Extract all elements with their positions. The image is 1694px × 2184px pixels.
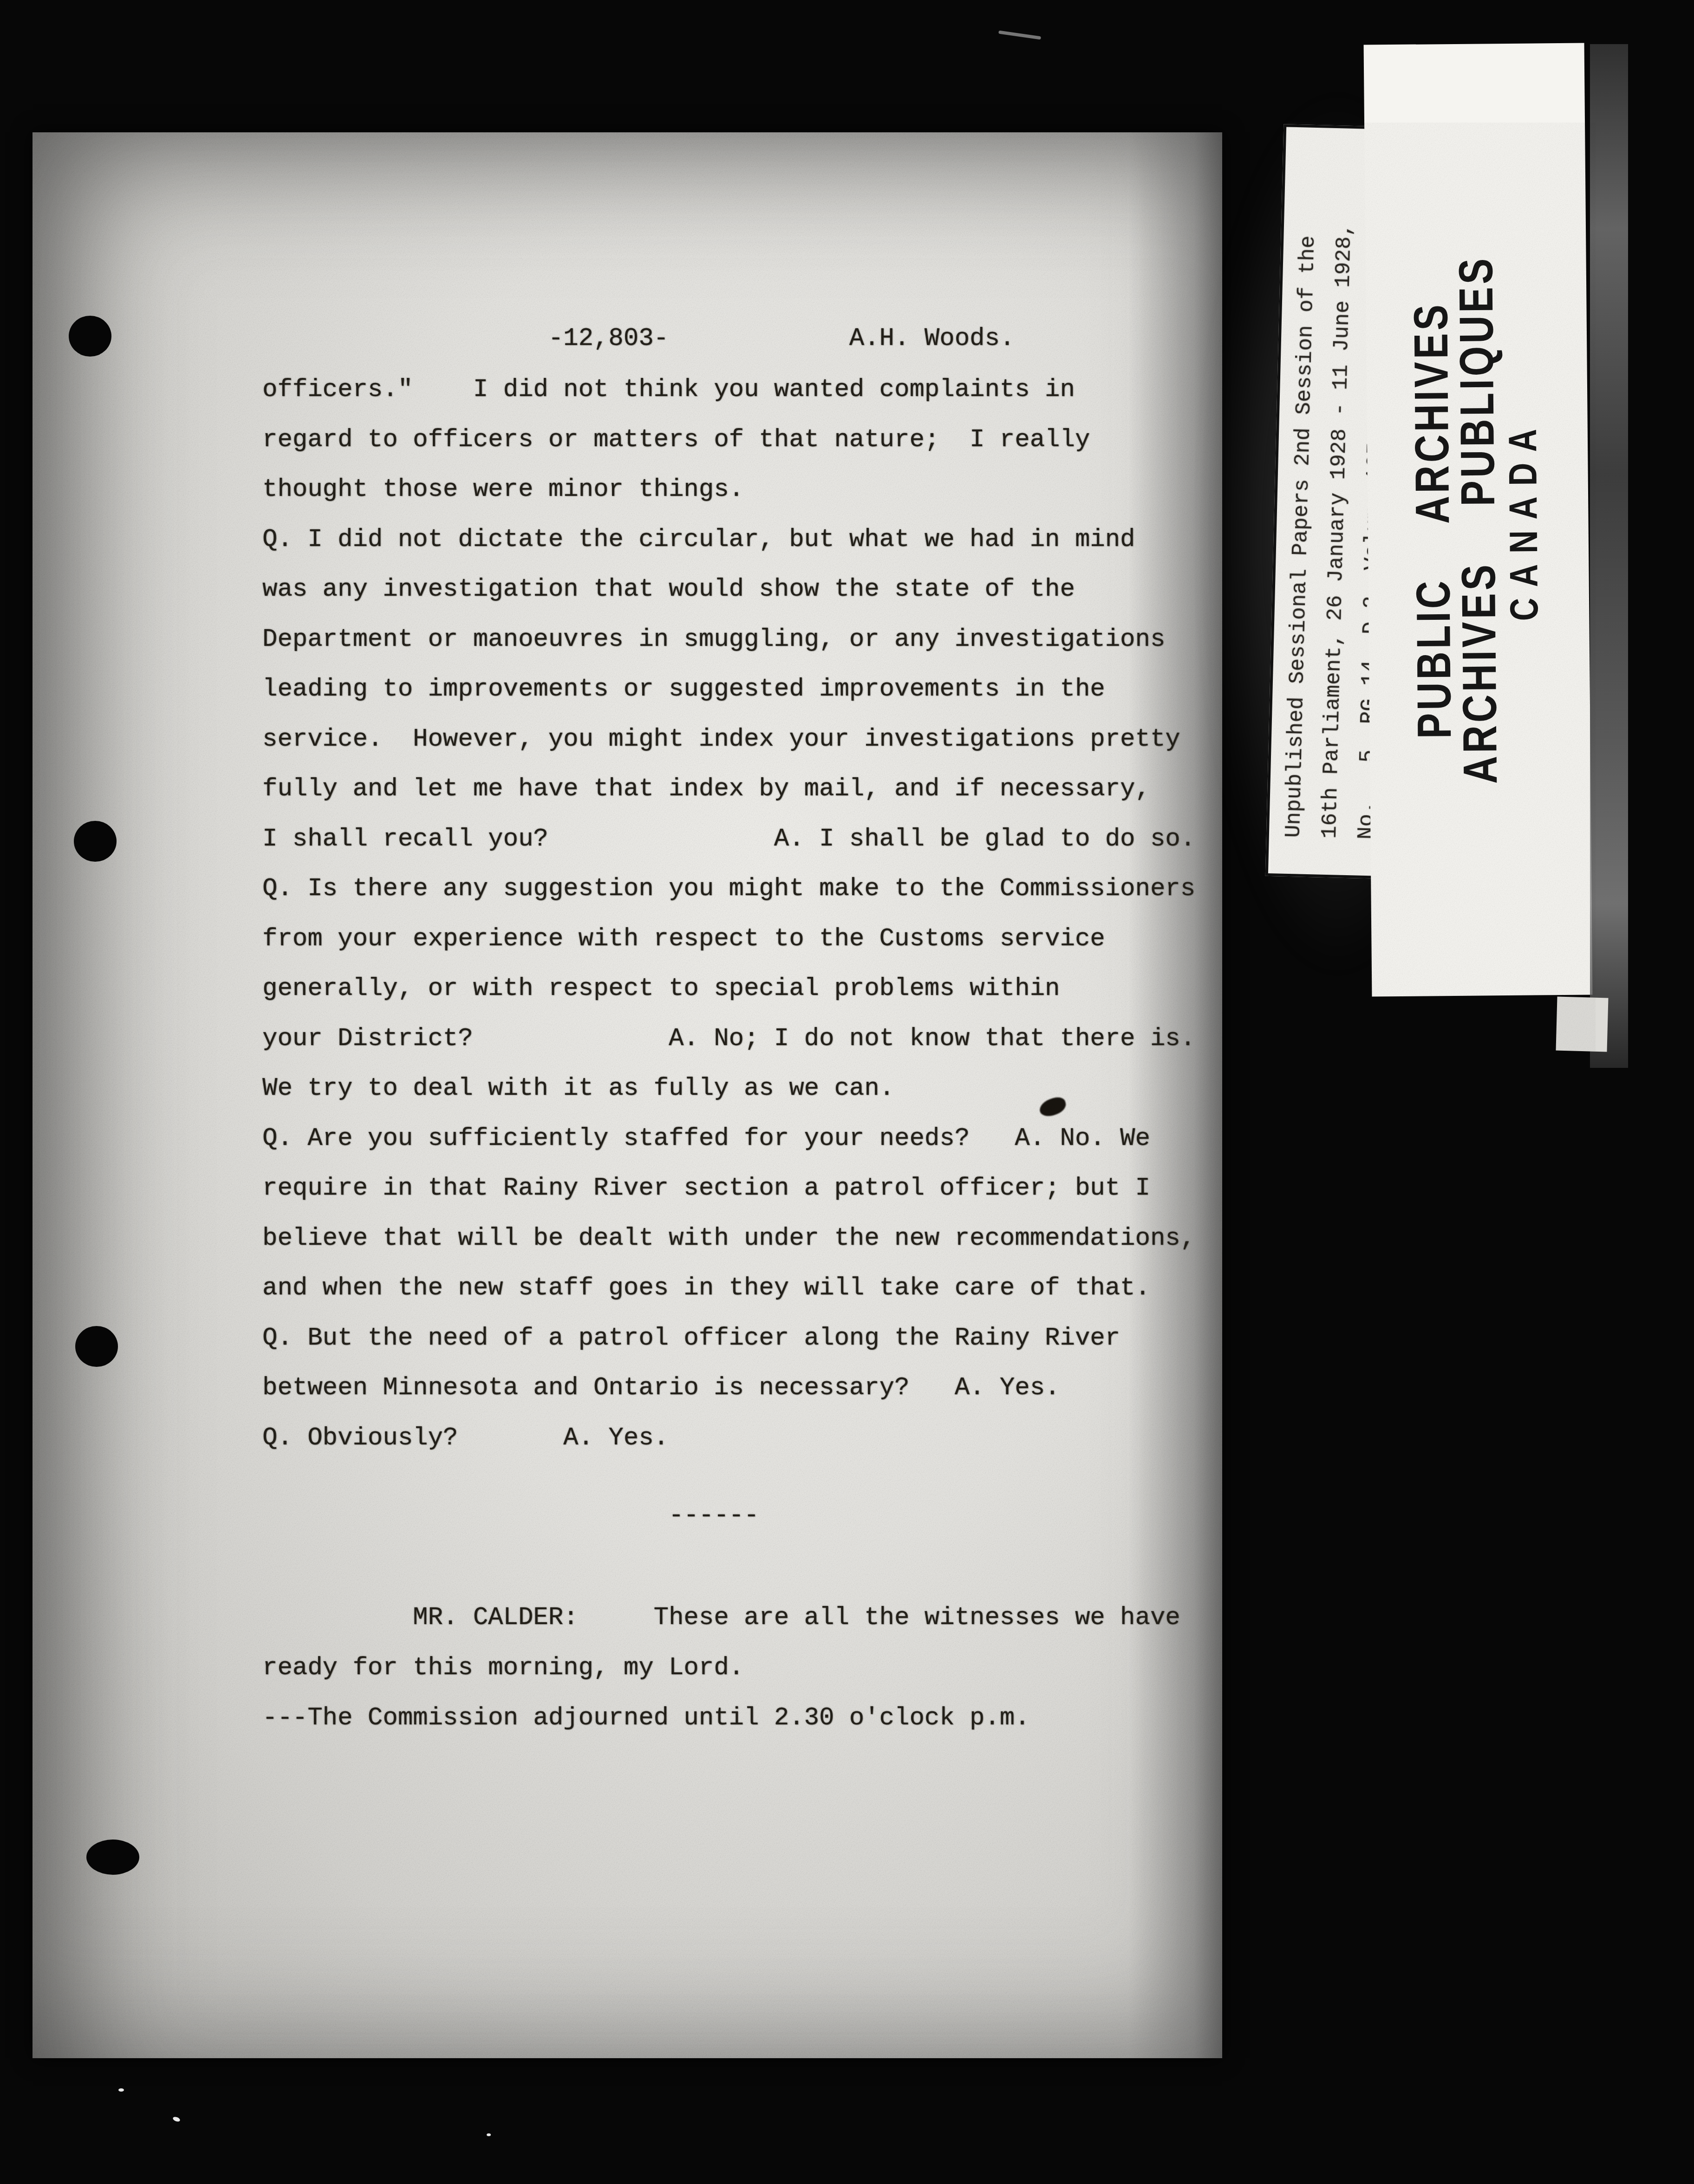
typed-line: Q. Is there any suggestion you might mak… (262, 875, 1195, 903)
typed-line: officers." I did not think you wanted co… (262, 376, 1075, 404)
typed-line: regard to officers or matters of that na… (262, 426, 1090, 454)
stamp-line-canada: CANADA (1497, 418, 1550, 621)
film-scratch (998, 31, 1041, 40)
typed-line: Q. Obviously? A. Yes. (262, 1424, 669, 1452)
punch-hole (74, 821, 117, 862)
typed-line: Q. But the need of a patrol officer alon… (262, 1325, 1120, 1352)
typed-line: ---The Commission adjourned until 2.30 o… (262, 1704, 1030, 1732)
typed-line: We try to deal with it as fully as we ca… (262, 1075, 894, 1103)
typed-line: believe that will be dealt with under th… (262, 1225, 1195, 1253)
section-separator: ------ (262, 1502, 759, 1530)
typed-line: between Minnesota and Ontario is necessa… (262, 1374, 1060, 1402)
typed-line: generally, or with respect to special pr… (262, 975, 1060, 1003)
typed-line: and when the new staff goes in they will… (262, 1274, 1150, 1302)
typed-line: MR. CALDER: These are all the witnesses … (262, 1604, 1180, 1632)
stamp-line-french: ARCHIVES PUBLIQUES (1450, 255, 1506, 784)
typed-line: leading to improvements or suggested imp… (262, 676, 1105, 703)
dust-speck (118, 2088, 124, 2092)
punch-hole (75, 1326, 118, 1367)
typed-line: was any investigation that would show th… (262, 576, 1075, 604)
microfilm-frame: -12,803- A.H. Woods. officers." I did no… (0, 0, 1694, 2184)
typed-line: I shall recall you? A. I shall be glad t… (262, 825, 1195, 853)
typed-line: from your experience with respect to the… (262, 925, 1105, 953)
typed-line: thought those were minor things. (262, 476, 744, 504)
dust-speck (172, 2116, 181, 2123)
paper-tab (1556, 997, 1609, 1052)
typed-line: service. However, you might index your i… (262, 726, 1180, 754)
typed-line: Q. Are you sufficiently staffed for your… (262, 1125, 1150, 1153)
page-header-line: -12,803- A.H. Woods. (262, 325, 1015, 353)
typed-line: require in that Rainy River section a pa… (262, 1175, 1150, 1202)
typed-line: your District? A. No; I do not know that… (262, 1025, 1195, 1053)
film-edge-band (1590, 44, 1628, 1068)
punch-hole (69, 316, 111, 357)
typed-line: Q. I did not dictate the circular, but w… (262, 526, 1135, 554)
public-archives-stamp-card: PUBLIC ARCHIVES ARCHIVES PUBLIQUES CANAD… (1364, 43, 1593, 996)
typed-line: fully and let me have that index by mail… (262, 775, 1150, 803)
dust-speck (487, 2133, 491, 2136)
typed-line: ready for this morning, my Lord. (262, 1654, 744, 1682)
typed-line: Department or manoeuvres in smuggling, o… (262, 626, 1165, 654)
punch-hole (86, 1839, 139, 1875)
